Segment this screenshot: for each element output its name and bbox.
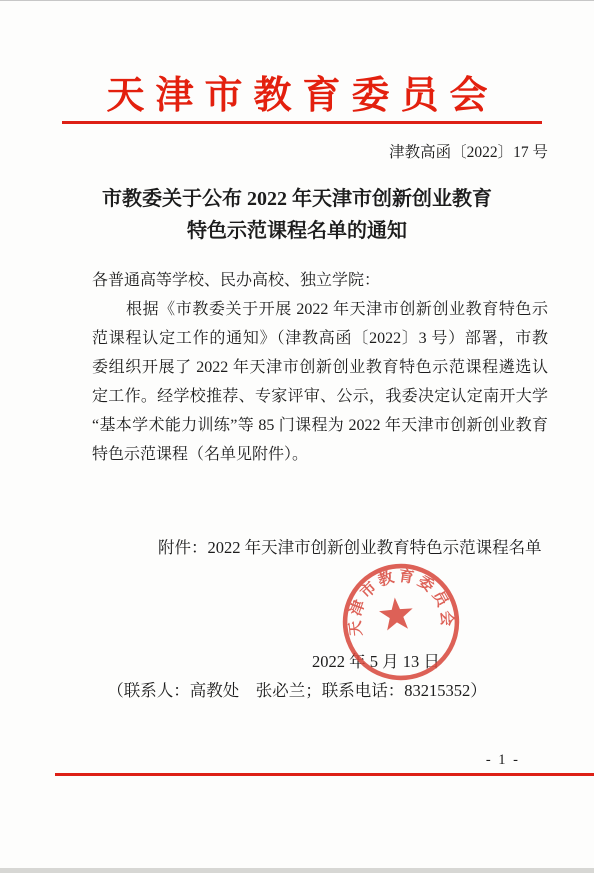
- body-line: 委组织开展了 2022 年天津市创新创业教育特色示范课程遴选认: [92, 353, 548, 382]
- letterhead-rule: [62, 121, 542, 124]
- seal-text-arc: [357, 578, 443, 637]
- seal-text: 天津市教育委员会: [343, 562, 457, 638]
- scan-bottom-edge: [0, 868, 594, 873]
- seal-star-icon: [378, 596, 414, 631]
- attachment-line: 附件：2022 年天津市创新创业教育特色示范课程名单: [158, 534, 542, 558]
- issue-date: 2022 年 5 月 13 日: [312, 648, 440, 672]
- doc-number: 津教高函〔2022〕17 号: [389, 140, 548, 162]
- body-line: 根据《市教委关于开展 2022 年天津市创新创业教育特色示: [92, 295, 548, 324]
- body-paragraph: 各普通高等学校、民办高校、独立学院： 根据《市教委关于开展 2022 年天津市创…: [92, 266, 548, 469]
- body-line: 定工作。经学校推荐、专家评审、公示，我委决定认定南开大学: [92, 382, 548, 411]
- body-line: 特色示范课程（名单见附件）。: [92, 440, 548, 469]
- body-line: 范课程认定工作的通知》（津教高函〔2022〕3 号）部署，市教: [92, 324, 548, 353]
- page-number: - 1 -: [486, 752, 520, 769]
- agency-letterhead: 天津市教育委员会: [0, 64, 594, 119]
- notice-title: 市教委关于公布 2022 年天津市创新创业教育 特色示范课程名单的通知: [0, 183, 594, 247]
- document-page: 天津市教育委员会 津教高函〔2022〕17 号 市教委关于公布 2022 年天津…: [0, 0, 594, 873]
- salutation: 各普通高等学校、民办高校、独立学院：: [92, 266, 548, 295]
- contact-line: （联系人：高教处 张必兰；联系电话：83215352）: [0, 677, 594, 701]
- notice-title-line-1: 市教委关于公布 2022 年天津市创新创业教育: [0, 183, 594, 215]
- body-line: “基本学术能力训练”等 85 门课程为 2022 年天津市创新创业教育: [92, 411, 548, 440]
- footer-rule: [55, 773, 594, 776]
- scan-top-edge: [0, 0, 594, 1]
- notice-title-line-2: 特色示范课程名单的通知: [0, 215, 594, 247]
- seal-text-path: 天津市教育委员会: [343, 562, 457, 638]
